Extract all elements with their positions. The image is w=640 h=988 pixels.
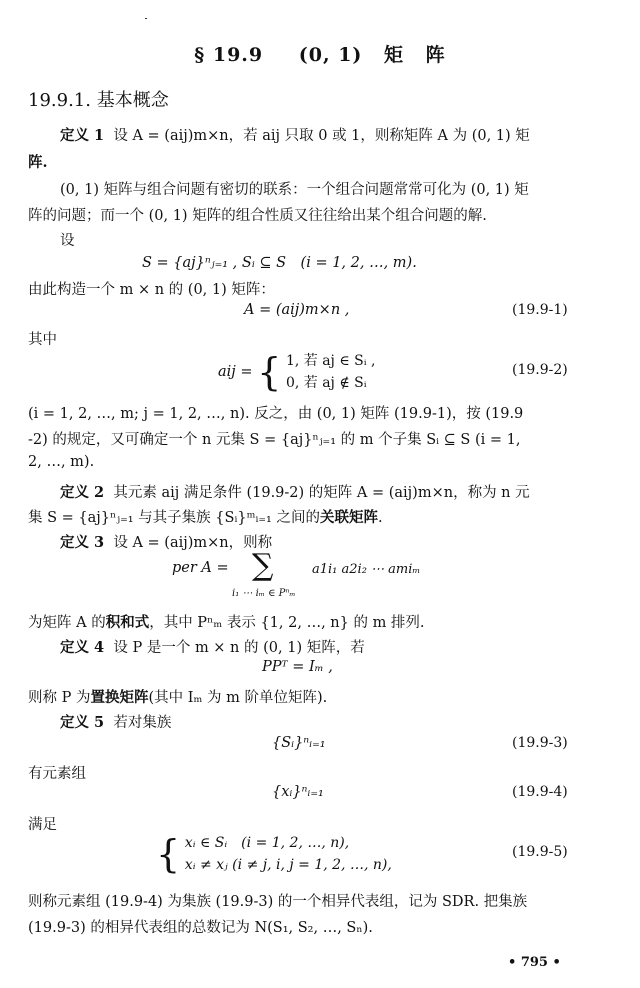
per-lhs: per A = (172, 560, 229, 576)
def4-line2-text: 则称 P 为 (28, 690, 90, 706)
eq5-case1: xᵢ ∈ Sᵢ (i = 1, 2, …, n), (185, 835, 349, 851)
def1-text: 设 A = (aij)m×n，若 aij 只取 0 或 1，则称矩阵 A 为 (… (113, 128, 529, 144)
def2-line2: 集 S = {aj}ⁿⱼ₌₁ 与其子集族 {Sᵢ}ᵐᵢ₌₁ 之间的关联矩阵. (28, 506, 383, 527)
para2-line1: (i = 1, 2, …, m; j = 1, 2, …, n). 反之，由 (… (28, 402, 523, 423)
equation-number-3: (19.9-3) (512, 735, 568, 751)
section-title-part: (0, 1) (299, 44, 363, 66)
equation-19.9-2: aij = { 1, 若 aj ∈ Sᵢ , 0, 若 aj ∉ Sᵢ (218, 350, 375, 394)
per-term: a1i₁ a2i₂ ⋯ amiₘ (312, 562, 420, 577)
equation-permanent: per A = (172, 560, 229, 576)
eq2-lhs: aij = (218, 364, 253, 380)
para1-line2: 阵的问题；而一个 (0, 1) 矩阵的组合性质又往往给出某个组合问题的解. (28, 204, 487, 225)
def3-line1: 定义 3 设 A = (aij)m×n，则称 (60, 531, 272, 552)
have-line: 有元素组 (28, 762, 86, 783)
conclusion-line2: (19.9-3) 的相异代表组的总数记为 N(S₁, S₂, …, Sₙ). (28, 916, 373, 937)
def4-line2-rest: (其中 Iₘ 为 m 阶单位矩阵). (148, 690, 327, 706)
equation-number-2: (19.9-2) (512, 362, 568, 378)
equation-sets: S = {aj}ⁿⱼ₌₁ , Sᵢ ⊆ S (i = 1, 2, …, m). (142, 251, 417, 272)
def1-label: 定义 1 (60, 127, 104, 144)
def5-text: 若对集族 (113, 715, 171, 731)
where-word: 其中 (28, 328, 57, 349)
term-incidence-matrix: 关联矩阵 (320, 509, 378, 526)
def5-line1: 定义 5 若对集族 (60, 711, 171, 732)
construct-line: 由此构造一个 m × n 的 (0, 1) 矩阵： (28, 278, 275, 299)
subsection-title: 19.9.1. 基本概念 (28, 86, 169, 112)
def2-text: 其元素 aij 满足条件 (19.9-2) 的矩阵 A = (aij)m×n，称… (113, 485, 529, 501)
eq5-cases: xᵢ ∈ Sᵢ (i = 1, 2, …, n), xᵢ ≠ xⱼ (i ≠ j… (185, 832, 392, 876)
para1-line1: (0, 1) 矩阵与组合问题有密切的联系：一个组合问题常常可化为 (0, 1) … (60, 178, 529, 199)
def4-line1: 定义 4 设 P 是一个 m × n 的 (0, 1) 矩阵，若 (60, 636, 365, 657)
def5-label: 定义 5 (60, 714, 104, 731)
equation-19.9-1: A = (aij)m×n , (244, 302, 349, 318)
def3-label: 定义 3 (60, 534, 104, 551)
satisfy-line: 满足 (28, 813, 57, 834)
equation-19.9-3: {Sᵢ}ⁿᵢ₌₁ (272, 735, 326, 751)
conclusion-line1: 则称元素组 (19.9-4) 为集族 (19.9-3) 的一个相异代表组，记为 … (28, 890, 527, 911)
left-brace: { (257, 350, 281, 394)
para2-line2: -2) 的规定，又可确定一个 n 元集 S = {aj}ⁿⱼ₌₁ 的 m 个子集… (28, 428, 520, 449)
def2-line1: 定义 2 其元素 aij 满足条件 (19.9-2) 的矩阵 A = (aij)… (60, 481, 530, 502)
per-line-rest: ，其中 Pⁿₘ 表示 {1, 2, …, n} 的 m 排列. (149, 615, 424, 631)
def4-text: 设 P 是一个 m × n 的 (0, 1) 矩阵，若 (113, 640, 364, 656)
eq2-cases: 1, 若 aj ∈ Sᵢ , 0, 若 aj ∉ Sᵢ (286, 350, 376, 394)
def3-text: 设 A = (aij)m×n，则称 (113, 535, 272, 551)
page-number: • 795 • (508, 955, 561, 970)
equation-permutation: PPᵀ = Iₘ , (262, 659, 333, 675)
equation-19.9-5: { xᵢ ∈ Sᵢ (i = 1, 2, …, n), xᵢ ≠ xⱼ (i ≠… (156, 832, 392, 876)
equation-number-1: (19.9-1) (512, 302, 568, 318)
equation-number-4: (19.9-4) (512, 784, 568, 800)
eq5-case2: xᵢ ≠ xⱼ (i ≠ j, i, j = 1, 2, …, n), (185, 857, 392, 873)
def4-label: 定义 4 (60, 639, 104, 656)
let-word: 设 (60, 229, 75, 250)
section-title: § 19.9 (0, 1) 矩 阵 (0, 40, 640, 67)
section-title-part: 阵 (426, 44, 446, 66)
summation-sign: ∑ (252, 548, 273, 583)
term-permutation-matrix: 置换矩阵 (90, 689, 148, 706)
term-permanent: 积和式 (106, 614, 150, 631)
sum-index: i₁ ⋯ iₘ ∈ Pⁿₘ (232, 588, 296, 599)
left-brace: { (156, 832, 180, 876)
per-definition-line: 为矩阵 A 的积和式，其中 Pⁿₘ 表示 {1, 2, …, n} 的 m 排列… (28, 611, 425, 632)
equation-number-5: (19.9-5) (512, 844, 568, 860)
def1-line1: 定义 1 设 A = (aij)m×n，若 aij 只取 0 或 1，则称矩阵 … (60, 124, 530, 145)
def2-line2-text: 集 S = {aj}ⁿⱼ₌₁ 与其子集族 {Sᵢ}ᵐᵢ₌₁ 之间的 (28, 510, 320, 526)
section-title-part: 矩 (384, 44, 404, 66)
per-line-text: 为矩阵 A 的 (28, 615, 106, 631)
def1-line2: 阵. (28, 151, 48, 172)
def4-line2: 则称 P 为置换矩阵(其中 Iₘ 为 m 阶单位矩阵). (28, 686, 327, 707)
def2-line2-end: . (378, 510, 383, 526)
section-number: § 19.9 (194, 44, 263, 66)
def2-label: 定义 2 (60, 484, 104, 501)
para2-line3: 2, …, m). (28, 454, 94, 470)
eq2-case2: 0, 若 aj ∉ Sᵢ (286, 375, 367, 391)
equation-19.9-4: {xᵢ}ⁿᵢ₌₁ (272, 784, 324, 800)
scan-speck (145, 18, 147, 19)
eq2-case1: 1, 若 aj ∈ Sᵢ , (286, 353, 376, 369)
